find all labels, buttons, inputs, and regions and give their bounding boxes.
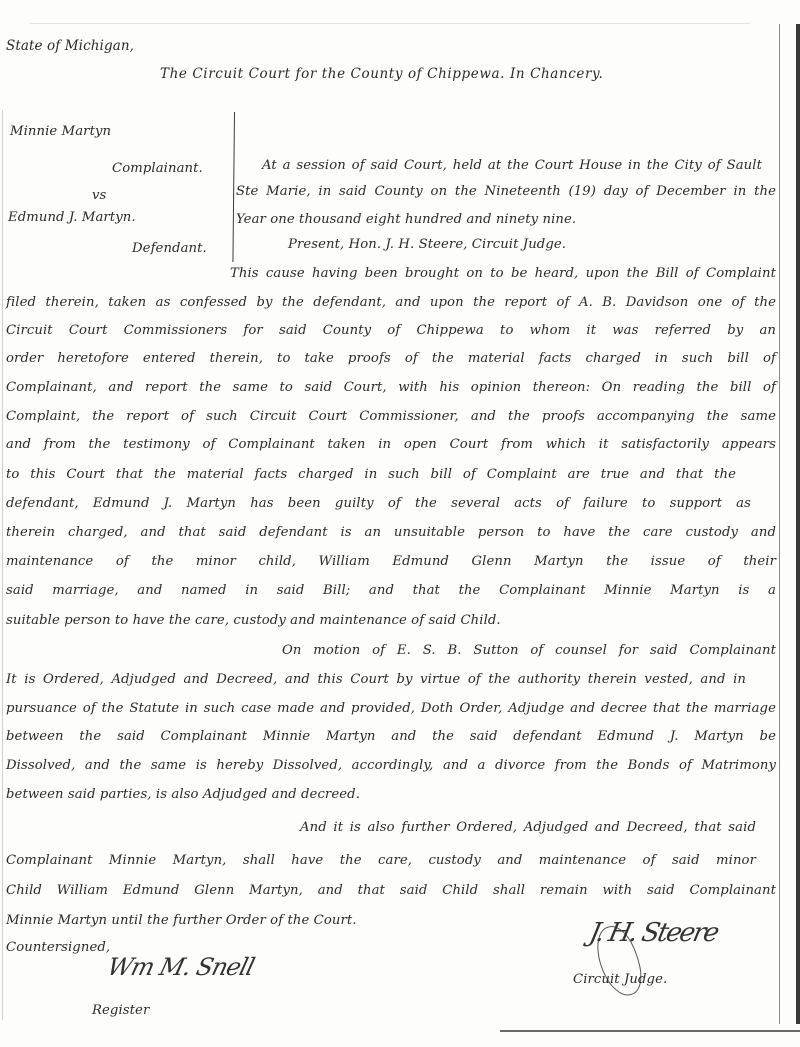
body-line-6: Complaint, the report of such Circuit Co… [6, 409, 776, 424]
top-rule [30, 23, 750, 24]
court-heading: The Circuit Court for the County of Chip… [160, 66, 603, 82]
defendant-label: Defendant. [132, 241, 207, 256]
register-signature: Wm M. Snell [105, 953, 257, 981]
body-line-8: to this Court that the material facts ch… [6, 467, 736, 482]
body-line-7: and from the testimony of Complainant ta… [6, 437, 776, 452]
motion-line-4: between the said Complainant Minnie Mart… [6, 729, 776, 744]
versus-label: vs [92, 188, 106, 203]
left-page-edge [2, 110, 3, 1020]
defendant-name: Edmund J. Martyn. [8, 210, 136, 225]
right-page-edge [796, 24, 800, 1024]
body-line-11: maintenance of the minor child, William … [6, 554, 776, 569]
session-line-3: Year one thousand eight hundred and nine… [236, 212, 576, 227]
custody-line-1: And it is also further Ordered, Adjudged… [300, 820, 756, 835]
register-title: Register [92, 1003, 149, 1018]
custody-line-3: Child William Edmund Glenn Martyn, and t… [6, 883, 776, 898]
complainant-label: Complainant. [112, 161, 203, 176]
body-line-12: said marriage, and named in said Bill; a… [6, 583, 776, 598]
body-line-2: filed therein, taken as confessed by the… [6, 295, 776, 310]
body-line-9: defendant, Edmund J. Martyn has been gui… [6, 496, 751, 511]
body-line-4: order heretofore entered therein, to tak… [6, 351, 776, 366]
body-line-10: therein charged, and that said defendant… [6, 525, 776, 540]
custody-line-2: Complainant Minnie Martyn, shall have th… [6, 853, 756, 868]
body-line-3: Circuit Court Commissioners for said Cou… [6, 323, 776, 338]
right-margin-rule [779, 24, 780, 1024]
complainant-name: Minnie Martyn [10, 124, 111, 139]
motion-line-5: Dissolved, and the same is hereby Dissol… [6, 758, 776, 773]
caption-bracket [232, 112, 235, 262]
motion-line-3: pursuance of the Statute in such case ma… [6, 701, 776, 716]
bottom-rule [500, 1030, 800, 1032]
judge-title: Circuit Judge. [573, 972, 667, 987]
body-line-13: suitable person to have the care, custod… [6, 613, 501, 628]
session-line-2: Ste Marie, in said County on the Ninetee… [236, 184, 776, 199]
countersigned-label: Countersigned, [6, 940, 110, 955]
state-heading: State of Michigan, [6, 38, 134, 54]
session-line-1: At a session of said Court, held at the … [262, 158, 762, 173]
custody-line-4: Minnie Martyn until the further Order of… [6, 913, 357, 928]
motion-line-2: It is Ordered, Adjudged and Decreed, and… [6, 672, 746, 687]
motion-line-1: On motion of E. S. B. Sutton of counsel … [282, 643, 776, 658]
body-line-1: This cause having been brought on to be … [230, 266, 776, 281]
motion-line-6: between said parties, is also Adjudged a… [6, 787, 360, 802]
present-line: Present, Hon. J. H. Steere, Circuit Judg… [288, 237, 566, 252]
judge-signature: J. H. Steere [587, 918, 720, 948]
scanned-document-page: State of Michigan, The Circuit Court for… [0, 0, 800, 1047]
body-line-5: Complainant, and report the same to said… [6, 380, 776, 395]
